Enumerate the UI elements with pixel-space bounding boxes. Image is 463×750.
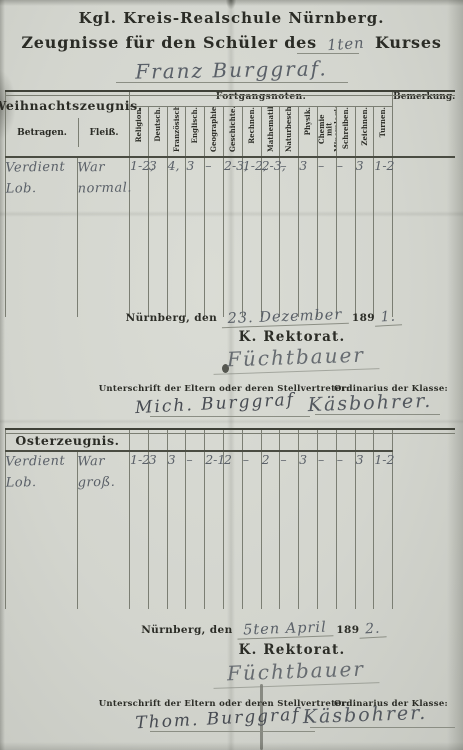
year-printed: 189 (336, 624, 359, 636)
report-card-scan: Kgl. Kreis-Realschule Nürnberg. Zeugniss… (0, 0, 463, 750)
subtitle-suffix: Kurses (375, 33, 442, 52)
bemerkung-cell (393, 157, 455, 317)
grade-physik: 3 (299, 451, 318, 609)
city-label: Nürnberg, den (141, 624, 232, 636)
grade-zeichnen: 3 (355, 451, 374, 609)
column-header-schreiben: Schreiben. (336, 107, 355, 158)
grade-naturbeschr: – (280, 451, 299, 609)
column-header-bemerkung: Bemerkung. (393, 91, 455, 157)
grade-chemie: – (317, 451, 336, 609)
parent-signature-line (150, 416, 310, 417)
paper-edge-shadow (0, 742, 463, 750)
grade-schreiben: – (336, 451, 355, 609)
course-underline (297, 53, 359, 54)
grade-geographie: 2-1 (205, 451, 224, 609)
christmas-dateline: Nürnberg, den 23. Dezember 1891. (126, 309, 403, 326)
grade-schreiben: – (336, 157, 355, 317)
easter-grades-row: Verdient Lob. War groß. 1-2 3 3 – 2-1 2 … (6, 451, 456, 609)
grade-chemie: – (317, 157, 336, 317)
horizontal-fold-crease (0, 419, 463, 424)
fleiss-entry: War groß. (76, 451, 131, 610)
grade-religion: 1-2, (130, 157, 149, 317)
column-header-rechnen: Rechnen. (242, 107, 261, 158)
grade-franzoesisch: 4, (167, 157, 186, 317)
date-handwritten: 5ten April (236, 619, 332, 639)
grade-deutsch: 3 (148, 451, 167, 609)
subtitle-prefix: Zeugnisse für den Schüler des (21, 33, 317, 52)
grade-mathematik: 2-3, (261, 157, 280, 317)
column-header-physik: Physik. (299, 107, 318, 158)
grade-physik: 3 (299, 157, 318, 317)
parent-signature: Mich. Burggraf (135, 390, 296, 418)
column-header-englisch: Englisch. (186, 107, 205, 158)
grade-geographie: – (205, 157, 224, 317)
grade-mathematik: 2 (261, 451, 280, 609)
column-header-betragen: Betragen. (6, 118, 78, 147)
ordinarius-signature-line (310, 727, 455, 728)
column-header-franzoesisch: Französisch. (167, 107, 186, 158)
rektorat-label: K. Rektorat. (239, 642, 346, 658)
column-header-zeichnen: Zeichnen. (355, 107, 374, 158)
betragen-entry: Verdient Lob. (4, 156, 79, 317)
double-rule-thin (5, 95, 455, 96)
grade-turnen: 1-2 (374, 451, 393, 609)
grade-deutsch: 3 (148, 157, 167, 317)
column-header-geographie: Geographie. (205, 107, 224, 158)
ordinarius-signature: Käsbohrer. (307, 390, 432, 416)
christmas-grades-row: Verdient Lob. War normal. 1-2, 3 4, 3 – … (6, 157, 456, 317)
easter-dateline: Nürnberg, den 5ten April 1892. (141, 621, 387, 638)
grade-zeichnen: 3 (355, 157, 374, 317)
rektorat-label: K. Rektorat. (239, 329, 346, 345)
year-handwritten: 1. (375, 308, 403, 326)
column-header-chemie: Chemie mit Mineralogie. (317, 107, 336, 158)
fleiss-entry: War normal. (76, 157, 131, 318)
parent-signature-line (150, 731, 315, 732)
column-header-naturbeschr: Naturbeschr. (280, 107, 299, 158)
grade-religion: 1-2 (130, 451, 149, 609)
student-name-underline (116, 82, 348, 83)
grade-turnen: 1-2 (374, 157, 393, 317)
grade-rechnen: – (242, 451, 261, 609)
rektor-signature: Füchtbauer (213, 342, 380, 375)
course-number-handwritten: 1ten (323, 33, 369, 54)
grade-franzoesisch: 3 (167, 451, 186, 609)
column-header-turnen: Turnen. (374, 107, 393, 158)
column-header-deutsch: Deutsch. (148, 107, 167, 158)
ordinarius-signature-line (315, 414, 440, 415)
grade-englisch: – (186, 451, 205, 609)
conduct-diligence-headers: Betragen. Fleiß. (6, 118, 129, 147)
column-group-header-fortgangsnoten: Fortgangsnoten. (130, 91, 393, 107)
year-handwritten: 2. (359, 620, 387, 638)
column-header-fleiss: Fleiß. (78, 118, 129, 147)
column-header-religion: Religion. (130, 107, 149, 158)
grade-geschichte: 2 (223, 451, 242, 609)
section-header-block: Weihnachtszeugnis. Betragen. Fleiß. (6, 91, 130, 157)
fold-notch (226, 0, 236, 9)
grade-englisch: 3 (186, 157, 205, 317)
city-label: Nürnberg, den (126, 312, 217, 324)
grade-naturbeschr: – (280, 157, 299, 317)
rektor-signature: Füchtbauer (213, 656, 380, 689)
column-header-geschichte: Geschichte. (224, 107, 243, 158)
ordinarius-signature: Käsbohrer. (302, 702, 427, 728)
column-header-mathematik: Mathematik. (261, 107, 280, 158)
grade-rechnen: 1-2, (242, 157, 261, 317)
bemerkung-column (393, 429, 455, 609)
certificate-subtitle: Zeugnisse für den Schüler des 1ten Kurse… (0, 33, 463, 52)
double-rule-thin (5, 433, 455, 434)
betragen-entry: Verdient Lob. (4, 450, 79, 609)
year-printed: 189 (352, 312, 375, 324)
grade-geschichte: 2-3, (224, 157, 243, 317)
christmas-report-table: Weihnachtszeugnis. Betragen. Fleiß. Fort… (5, 90, 455, 317)
easter-report-table: Osterzeugnis. Verdient Lob. War groß. 1-… (5, 428, 455, 609)
date-handwritten: 23. Dezember (221, 307, 348, 328)
school-name: Kgl. Kreis-Realschule Nürnberg. (0, 9, 463, 27)
